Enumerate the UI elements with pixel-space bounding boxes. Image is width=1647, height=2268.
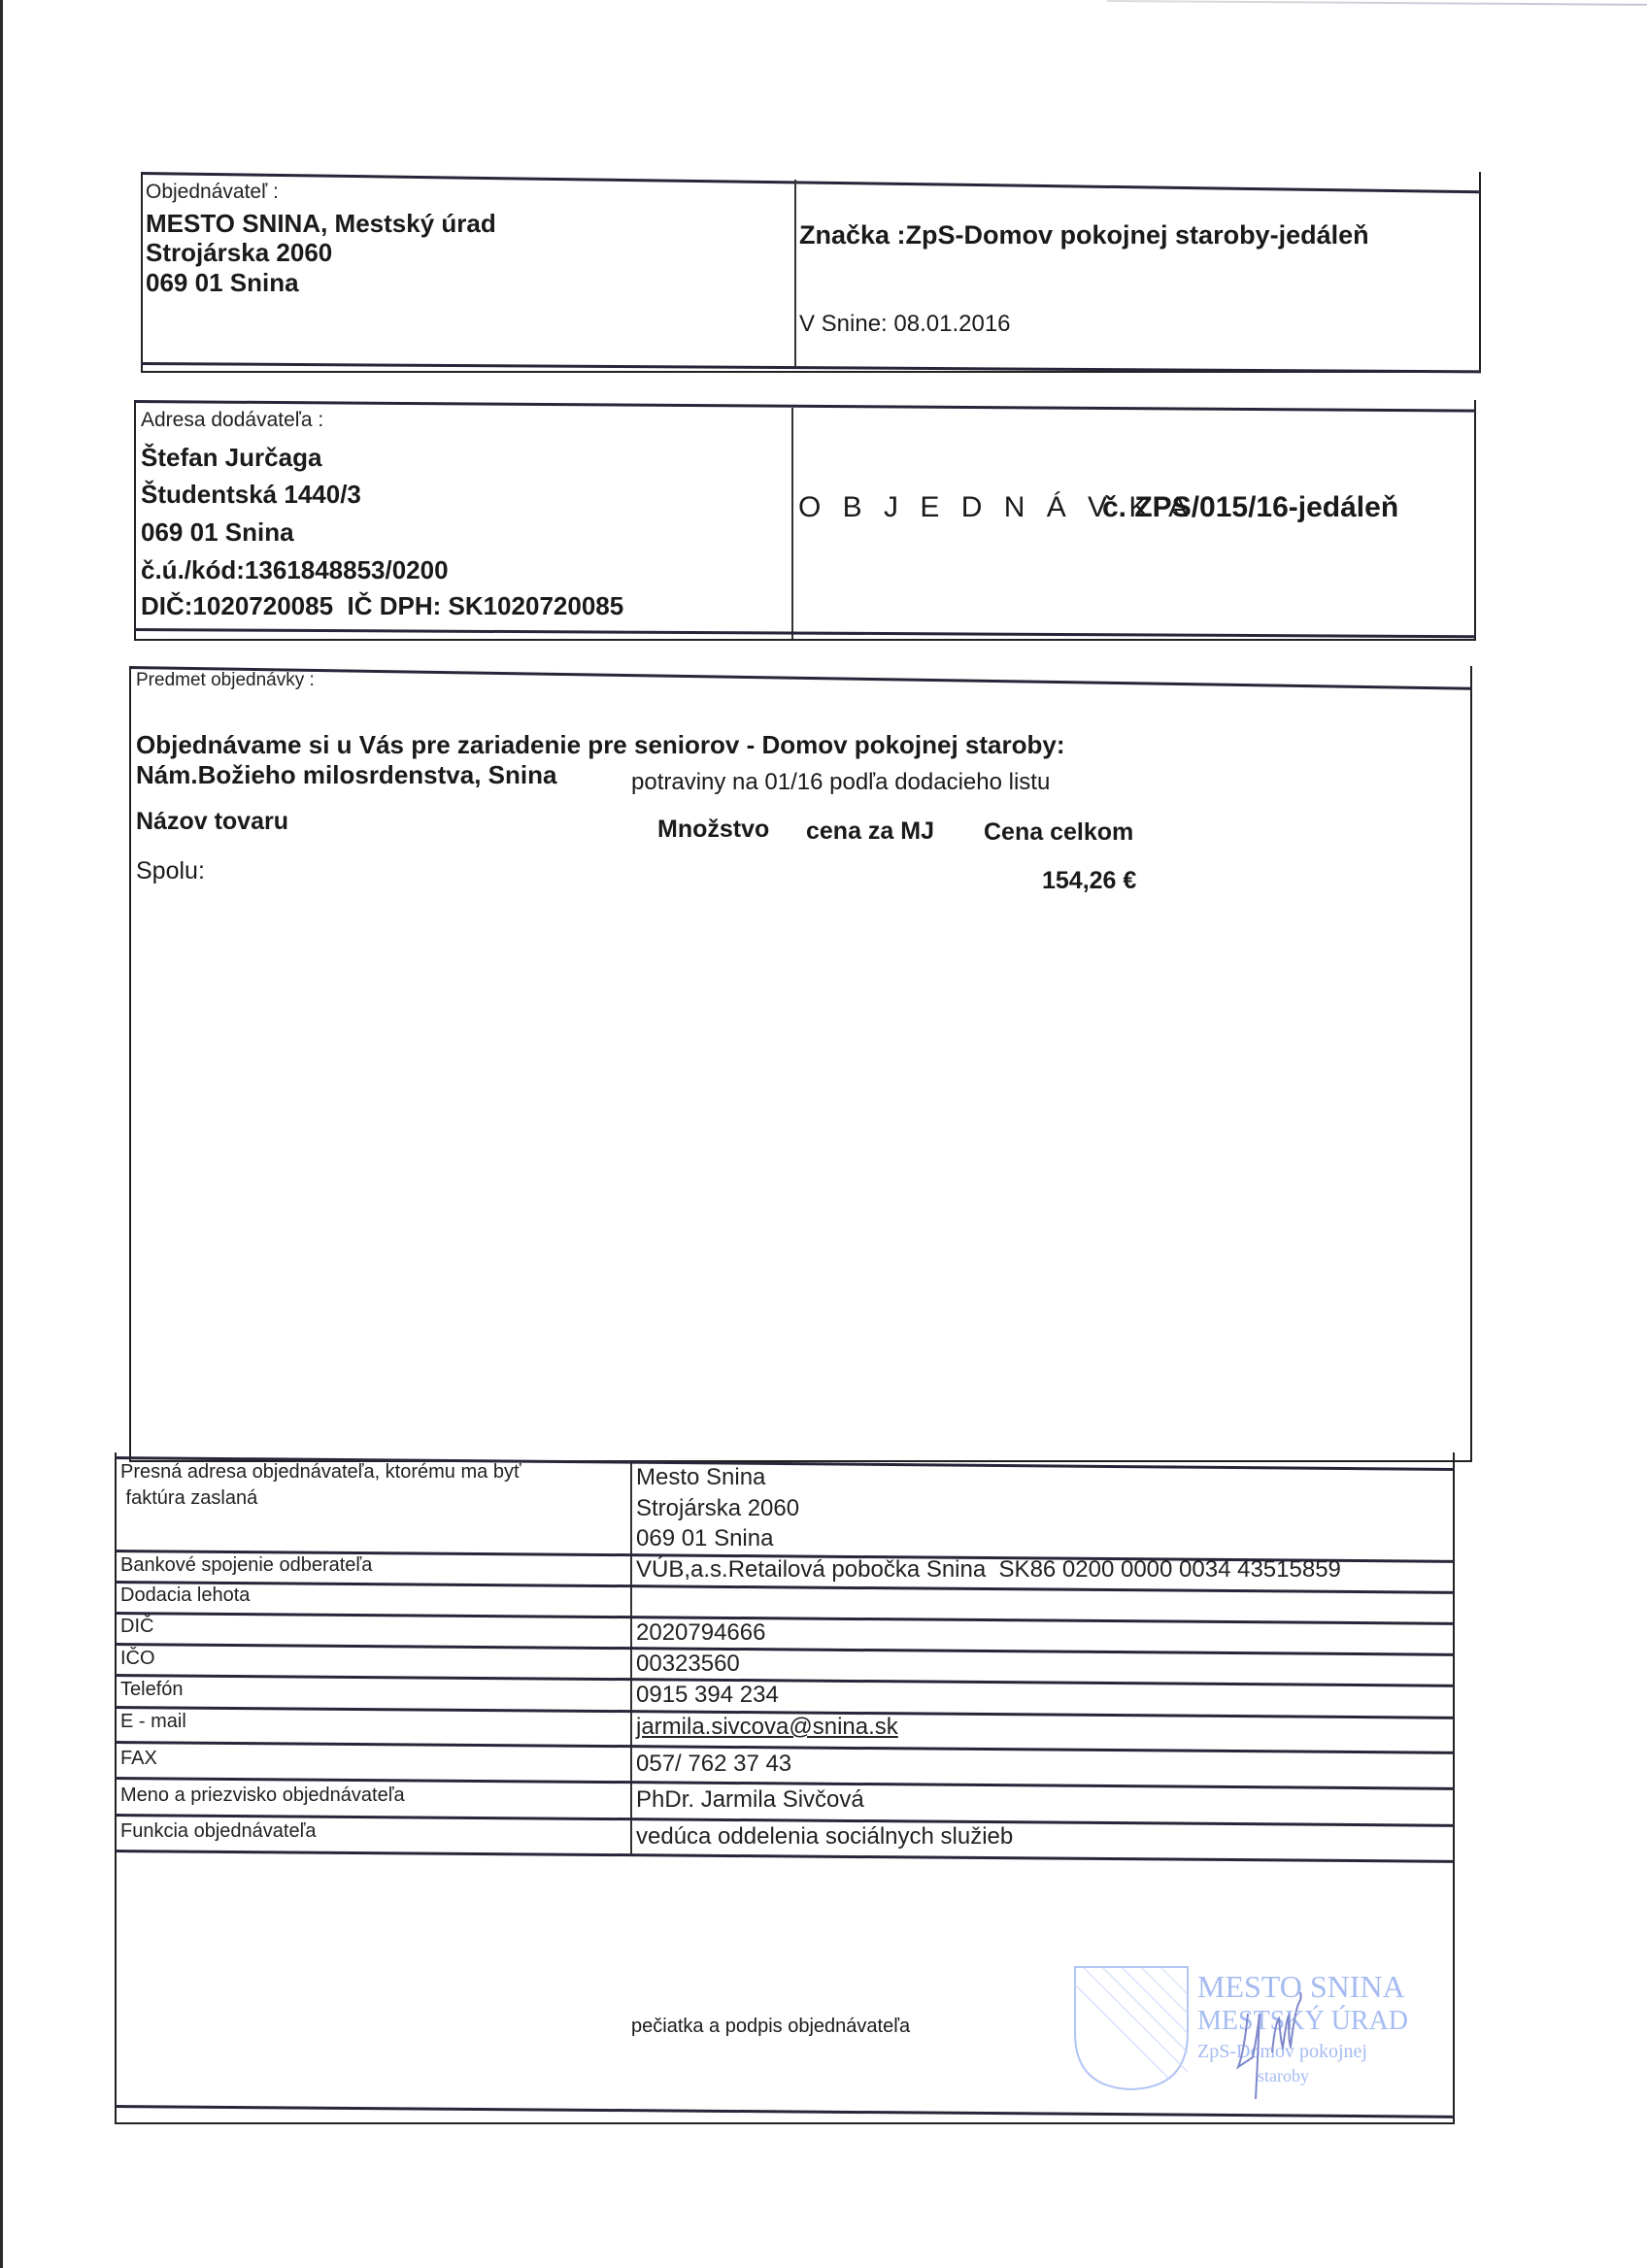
row-label-delivery-term: Dodacia lehota: [120, 1584, 250, 1607]
orderer-section: [141, 172, 1481, 373]
subject-location: Nám.Božieho milosrdenstva, Snina: [136, 760, 556, 790]
row-label-orderer-function: Funkcia objednávateľa: [120, 1820, 317, 1843]
supplier-street: Študentská 1440/3: [141, 480, 361, 510]
place-date: V Snine: 08.01.2016: [799, 311, 1011, 338]
official-stamp: MESTO SNINA MESTSKÝ ÚRAD ZpS-Domov pokoj…: [1073, 1965, 1432, 2091]
fax-value: 057/ 762 37 43: [636, 1751, 791, 1778]
subject-description: potraviny na 01/16 podľa dodacieho listu: [631, 769, 1050, 796]
row-label-email: E - mail: [120, 1711, 186, 1733]
coat-of-arms-icon: [1073, 1965, 1190, 2091]
supplier-tax-ids: DIČ:1020720085 IČ DPH: SK1020720085: [141, 591, 623, 621]
row-label-invoice-address: Presná adresa objednávateľa, ktorému ma …: [120, 1461, 521, 1484]
orderer-function: vedúca oddelenia sociálnych služieb: [636, 1823, 1013, 1851]
column-divider: [794, 180, 796, 369]
bank-value: VÚB,a.s.Retailová pobočka Snina SK86 020…: [636, 1556, 1341, 1584]
supplier-label: Adresa dodávateľa :: [141, 409, 323, 432]
row-label-invoice-address-cont: faktúra zaslaná: [120, 1487, 257, 1510]
scan-artifact: [1107, 0, 1647, 6]
row-label-ico: IČO: [120, 1648, 155, 1670]
supplier-city: 069 01 Snina: [141, 517, 294, 548]
column-divider: [630, 1462, 632, 1854]
supplier-name: Štefan Jurčaga: [141, 443, 321, 473]
orderer-name: MESTO SNINA, Mestský úrad: [146, 209, 496, 239]
orderer-label: Objednávateľ :: [146, 181, 279, 204]
email-link[interactable]: jarmila.sivcova@snina.sk: [636, 1714, 898, 1741]
scan-edge: [0, 0, 3, 2268]
phone-value: 0915 394 234: [636, 1682, 779, 1709]
subject-label: Predmet objednávky :: [136, 670, 315, 691]
column-header-quantity: Množstvo: [657, 816, 769, 844]
reference-mark: Značka :ZpS-Domov pokojnej staroby-jedál…: [799, 220, 1369, 250]
signature-icon: [1219, 1975, 1335, 2101]
subject-line1: Objednávame si u Vás pre zariadenie pre …: [136, 730, 1065, 760]
order-number: č. ZPS/015/16-jedáleň: [1102, 491, 1398, 524]
signature-label: pečiatka a podpis objednávateľa: [631, 2016, 910, 2038]
row-label-orderer-name: Meno a priezvisko objednávateľa: [120, 1784, 405, 1807]
ico-value: 00323560: [636, 1651, 740, 1678]
orderer-street: Strojárska 2060: [146, 238, 332, 268]
column-divider: [791, 408, 793, 639]
row-label-dic: DIČ: [120, 1616, 153, 1638]
dic-value: 2020794666: [636, 1619, 765, 1647]
column-header-total: Cena celkom: [984, 818, 1133, 847]
sum-value: 154,26 €: [1042, 867, 1136, 895]
row-label-fax: FAX: [120, 1748, 157, 1770]
orderer-city: 069 01 Snina: [146, 268, 299, 298]
row-label-phone: Telefón: [120, 1679, 184, 1701]
row-label-bank: Bankové spojenie odberateľa: [120, 1554, 372, 1577]
supplier-account: č.ú./kód:1361848853/0200: [141, 555, 449, 585]
column-header-unit-price: cena za MJ: [806, 817, 934, 846]
invoice-address-city: 069 01 Snina: [636, 1525, 773, 1552]
invoice-address-street: Strojárska 2060: [636, 1495, 799, 1522]
column-header-item: Názov tovaru: [136, 808, 288, 836]
sum-label: Spolu:: [136, 857, 205, 885]
invoice-address-name: Mesto Snina: [636, 1464, 765, 1491]
orderer-full-name: PhDr. Jarmila Sivčová: [636, 1786, 864, 1814]
